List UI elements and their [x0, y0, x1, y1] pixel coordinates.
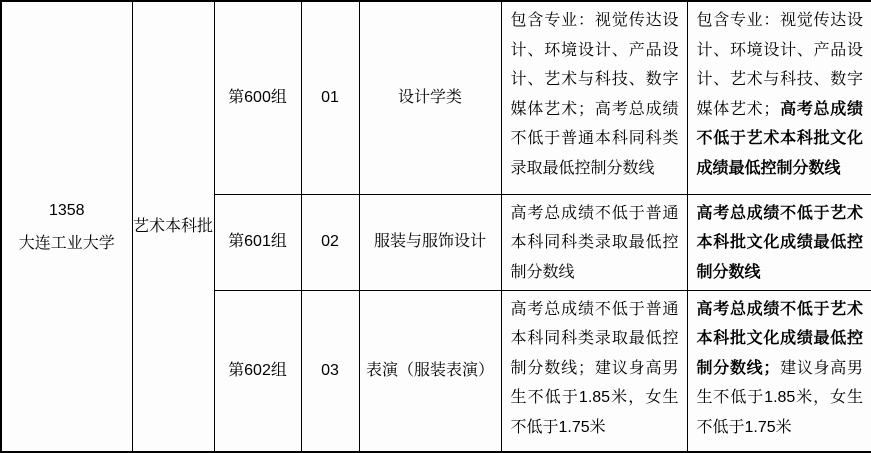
- requirement-text-bold: 高考总成绩不低于艺术本科批文化成绩最低控制分数线: [697, 205, 864, 281]
- requirement-general-cell: 包含专业：视觉传达设计、环境设计、产品设计、艺术与科技、数字媒体艺术；高考总成绩…: [501, 1, 687, 194]
- requirement-general-cell: 高考总成绩不低于普通本科同科类录取最低控制分数线；建议身高男生不低于1.85米，…: [501, 290, 687, 452]
- university-cell: 1358 大连工业大学: [1, 1, 132, 452]
- major-name-cell: 设计学类: [359, 1, 501, 194]
- university-code: 1358: [2, 194, 132, 227]
- group-cell: 第600组: [214, 1, 301, 194]
- table-row: 1358 大连工业大学 艺术本科批 第600组 01 设计学类 包含专业：视觉传…: [1, 1, 871, 194]
- requirement-general-cell: 高考总成绩不低于普通本科同科类录取最低控制分数线: [501, 194, 687, 290]
- major-code-cell: 02: [301, 194, 359, 290]
- major-code-cell: 01: [301, 1, 359, 194]
- major-name-cell: 服装与服饰设计: [359, 194, 501, 290]
- university-name: 大连工业大学: [2, 227, 132, 260]
- requirement-art-cell: 包含专业：视觉传达设计、环境设计、产品设计、艺术与科技、数字媒体艺术；高考总成绩…: [687, 1, 871, 194]
- batch-cell: 艺术本科批: [132, 1, 214, 452]
- group-cell: 第601组: [214, 194, 301, 290]
- requirement-art-cell: 高考总成绩不低于艺术本科批文化成绩最低控制分数线: [687, 194, 871, 290]
- major-code-cell: 03: [301, 290, 359, 452]
- requirement-art-cell: 高考总成绩不低于艺术本科批文化成绩最低控制分数线；建议身高男生不低于1.85米，…: [687, 290, 871, 452]
- group-cell: 第602组: [214, 290, 301, 452]
- major-name-cell: 表演（服装表演）: [359, 290, 501, 452]
- admission-plan-table: 1358 大连工业大学 艺术本科批 第600组 01 设计学类 包含专业：视觉传…: [0, 0, 871, 453]
